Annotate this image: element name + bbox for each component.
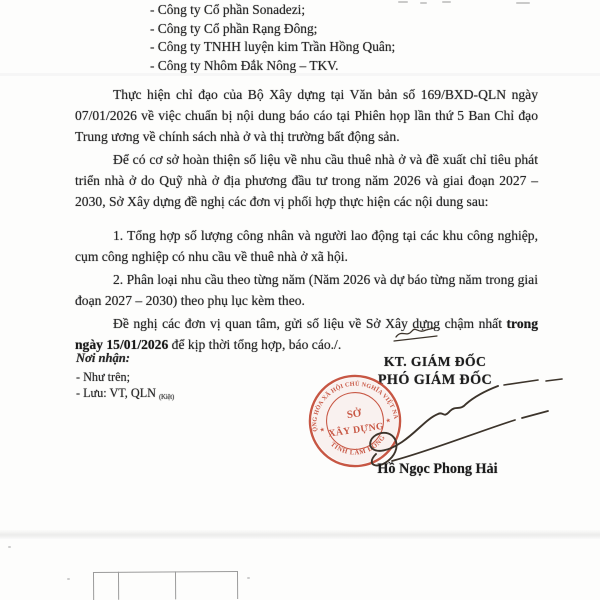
table-top-border: [93, 571, 238, 573]
scan-content: - Công ty Cổ phần Sonadezi; - Công ty Cổ…: [0, 0, 600, 600]
table-vertical-line: [118, 572, 119, 600]
table-vertical-line: [93, 572, 94, 600]
scan-speck: [247, 577, 250, 579]
table-vertical-line: [175, 571, 176, 599]
scan-speck: [67, 578, 70, 580]
scanned-document-page: - Công ty Cổ phần Sonadezi; - Công ty Cổ…: [0, 0, 600, 600]
next-page-table-fragment: [0, 0, 600, 600]
table-vertical-line: [237, 571, 238, 599]
scan-speck: [8, 546, 11, 548]
